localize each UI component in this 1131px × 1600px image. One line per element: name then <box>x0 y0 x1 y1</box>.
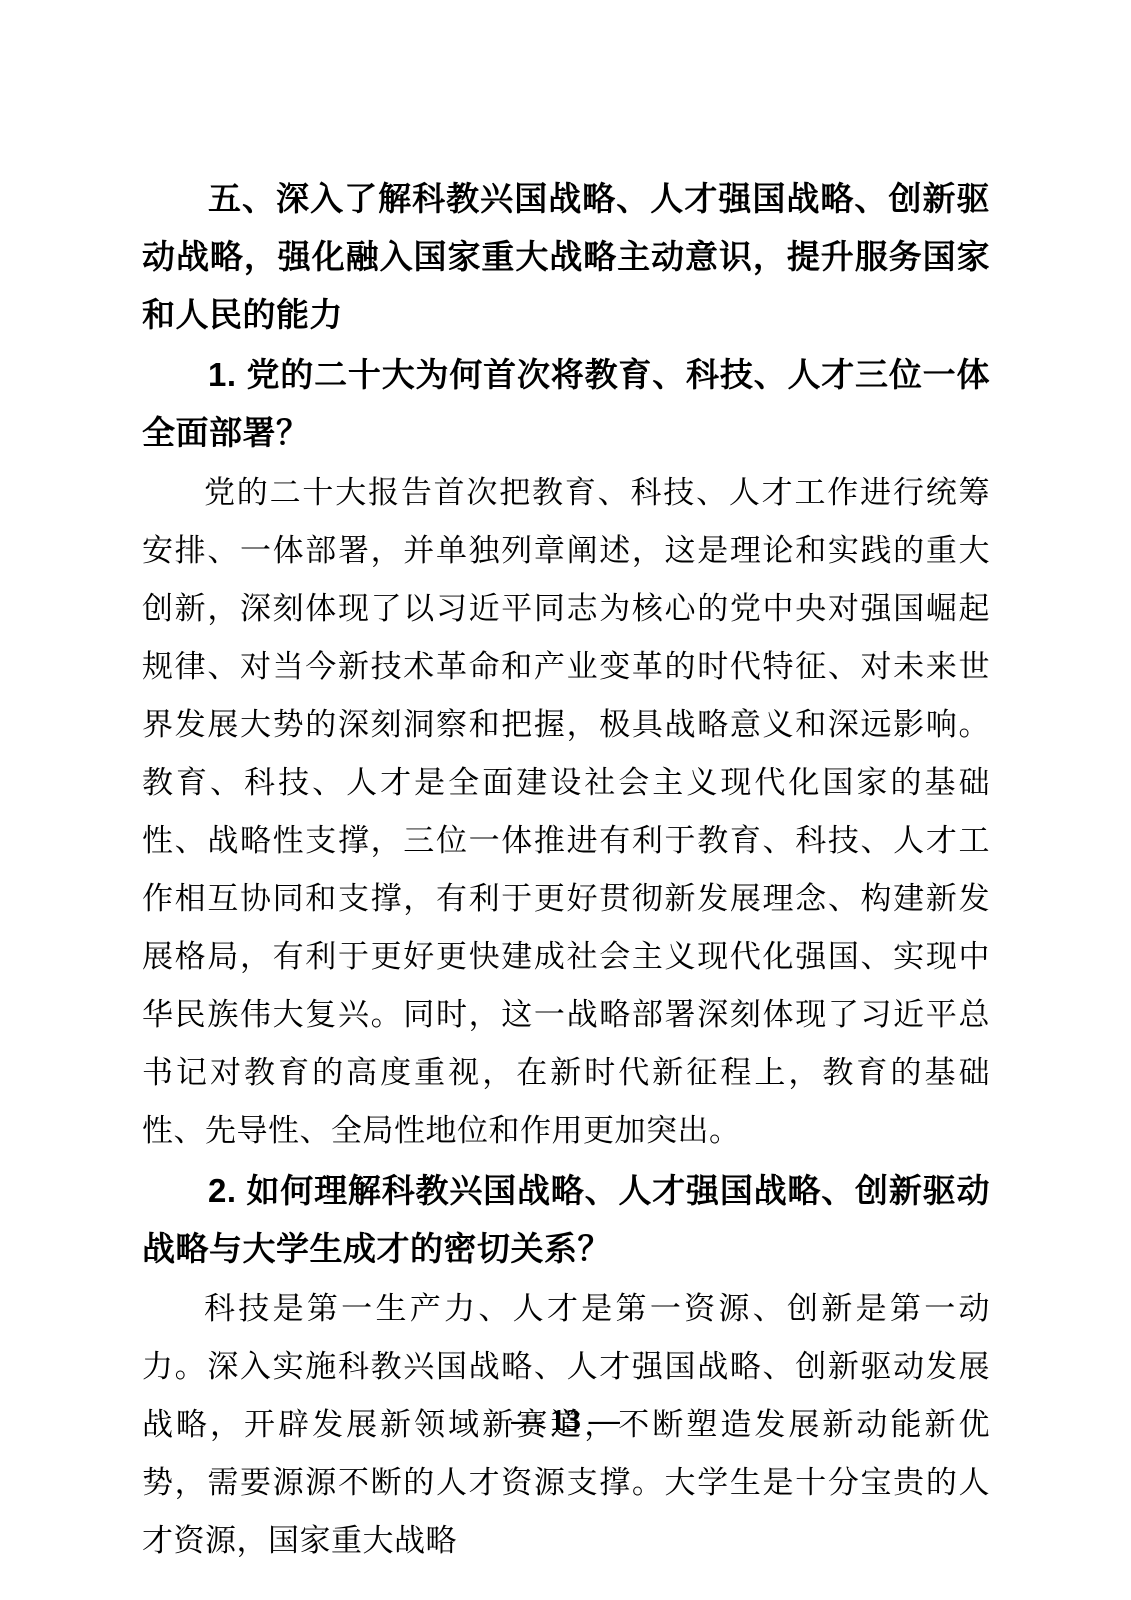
section-heading: 五、深入了解科教兴国战略、人才强国战略、创新驱动战略，强化融入国家重大战略主动意… <box>142 170 990 344</box>
document-content: 五、深入了解科教兴国战略、人才强国战略、创新驱动战略，强化融入国家重大战略主动意… <box>142 170 990 1570</box>
question-2-heading: 2. 如何理解科教兴国战略、人才强国战略、创新驱动战略与大学生成才的密切关系？ <box>142 1162 990 1278</box>
answer-1-paragraph: 党的二十大报告首次把教育、科技、人才工作进行统筹安排、一体部署，并单独列章阐述，… <box>142 464 990 1160</box>
page-number: — 13 — <box>0 1400 1131 1440</box>
document-page: 五、深入了解科教兴国战略、人才强国战略、创新驱动战略，强化融入国家重大战略主动意… <box>0 0 1131 1600</box>
question-1-heading: 1. 党的二十大为何首次将教育、科技、人才三位一体全面部署？ <box>142 346 990 462</box>
